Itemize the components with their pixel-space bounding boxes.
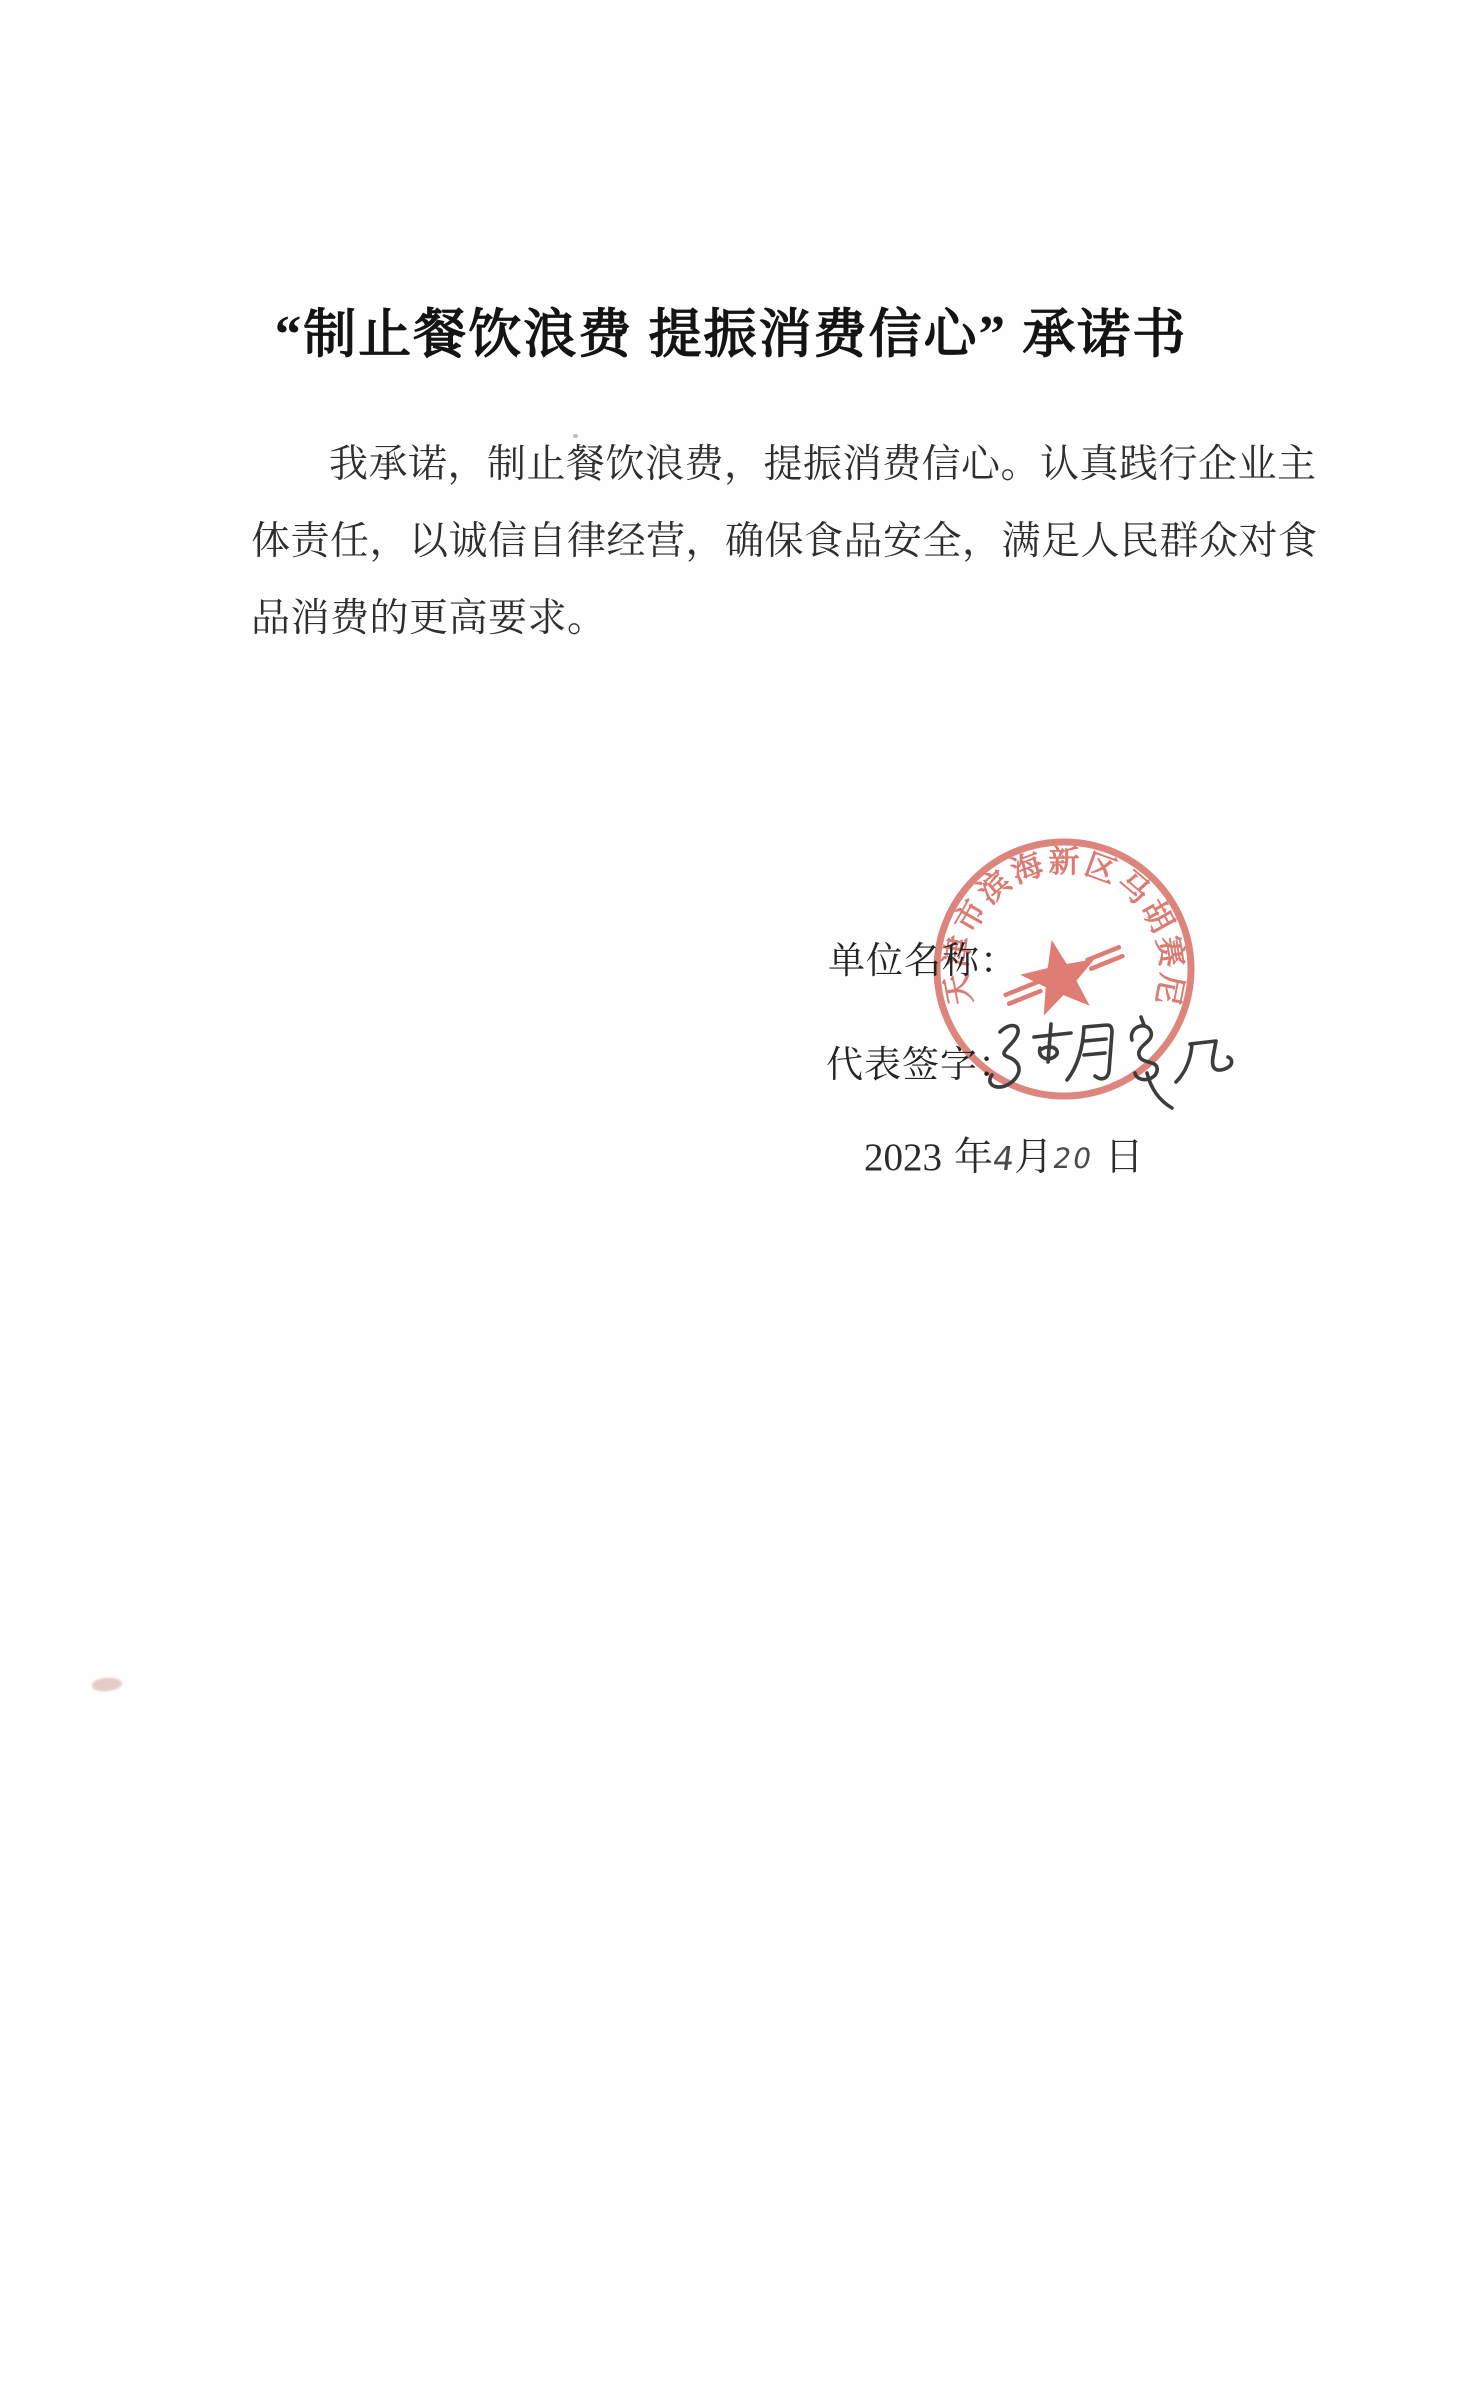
signature-stroke-sai-2 (1141, 1017, 1144, 1025)
date-month-handwritten: 4 (991, 1139, 1017, 1178)
pledge-line-3: 品消费的更高要求。 (251, 580, 1273, 657)
signature-stroke-yue-3 (1085, 1039, 1106, 1041)
seal-star-icon (1015, 932, 1104, 1019)
signature-stroke-yue-4 (1084, 1053, 1105, 1055)
signature-stroke-gu-2 (1034, 1033, 1071, 1037)
signature-stroke-ni-3 (1213, 1057, 1232, 1070)
date-year-unit: 年 (954, 1136, 993, 1179)
signature-stroke-gu-1 (1048, 1024, 1051, 1062)
date-line: 2023年4月20日 (864, 1126, 1144, 1182)
pledge-line-2: 体责任，以诚信自律经营，确保食品安全，满足人民群众对食 (251, 503, 1273, 580)
date-month-unit: 月 (1014, 1136, 1053, 1179)
signature-stroke-sai-1 (1131, 1026, 1157, 1080)
unit-name-label: 单位名称： (828, 930, 1018, 984)
date-day-unit: 日 (1105, 1136, 1144, 1179)
date-day-handwritten: 20 (1050, 1142, 1095, 1175)
seal-right-bars (1085, 944, 1125, 971)
representative-signature-handwriting (978, 1012, 1246, 1118)
page-title: “制止餐饮浪费 提振消费信心” 承诺书 (0, 292, 1462, 368)
pledge-paragraph: 我承诺，制止餐饮浪费，提振消费信心。认真践行企业主 体责任，以诚信自律经营，确保… (251, 426, 1273, 657)
scan-pink-smudge (91, 1676, 122, 1692)
date-year: 2023 (864, 1136, 942, 1179)
scan-speck (573, 434, 578, 438)
pledge-line-1: 我承诺，制止餐饮浪费，提振消费信心。认真践行企业主 (251, 426, 1273, 503)
signature-stroke-ni-2 (1176, 1044, 1192, 1082)
signature-stroke-ma (990, 1026, 1019, 1088)
scanned-pledge-document: “制止餐饮浪费 提振消费信心” 承诺书 我承诺，制止餐饮浪费，提振消费信心。认真… (0, 0, 1462, 2408)
signature-stroke-ni-1 (1190, 1041, 1216, 1057)
